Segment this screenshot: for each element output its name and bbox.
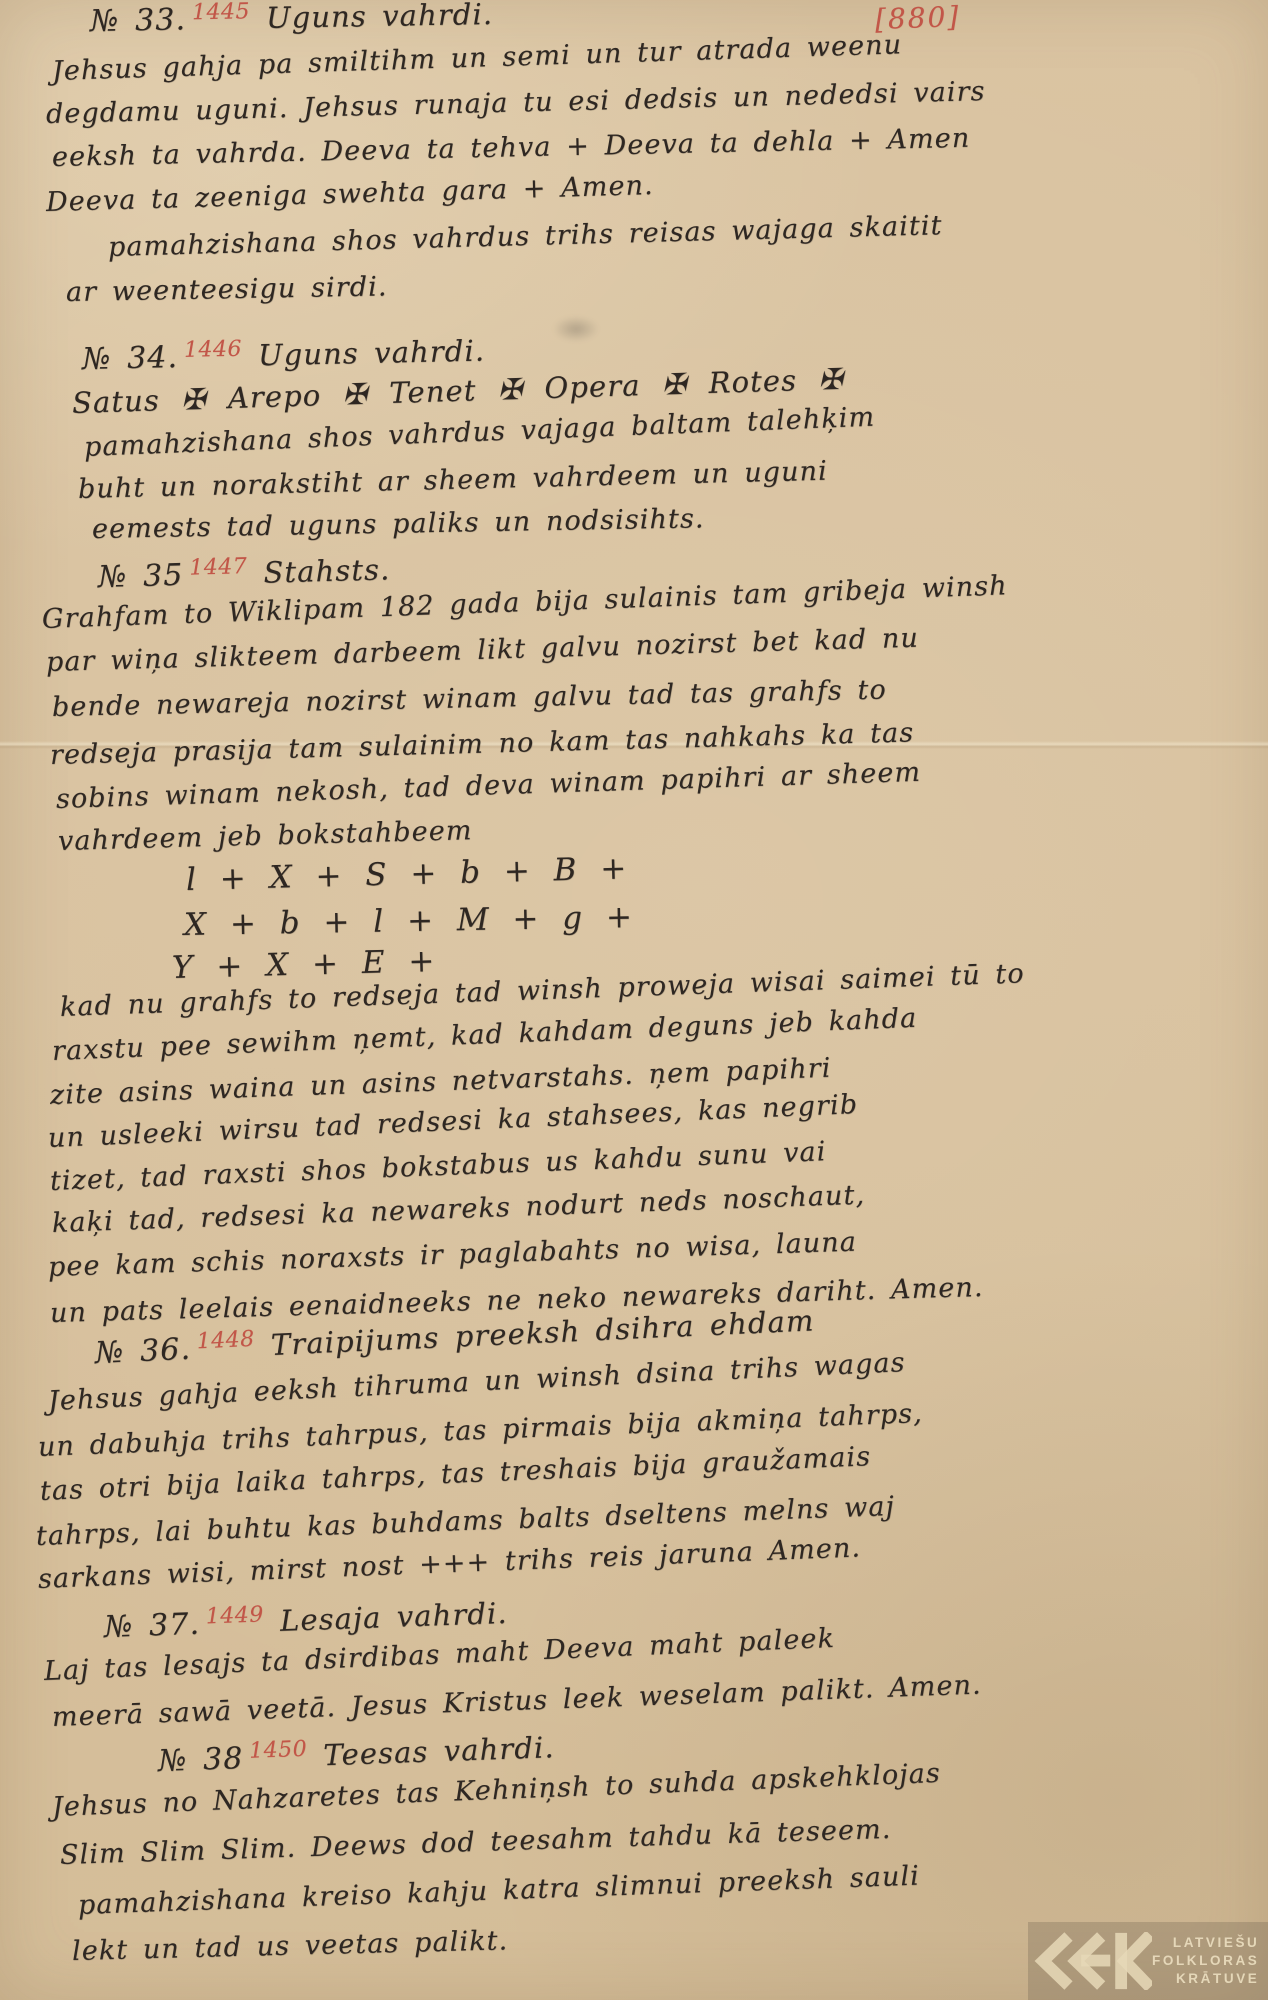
archive-number: 1447 bbox=[189, 554, 248, 581]
watermark-text-line: KRĀTUVE bbox=[1152, 1970, 1259, 1988]
section-heading: № 351447Stahsts. bbox=[98, 552, 391, 595]
manuscript-line: vahrdeem jeb bokstahbeem bbox=[58, 815, 473, 857]
archive-number: 1449 bbox=[205, 1602, 264, 1629]
section-title: Lesaja vahrdi. bbox=[279, 1596, 508, 1638]
section-number: № 37. bbox=[103, 1607, 200, 1645]
section-number: № 34. bbox=[82, 340, 179, 377]
section-number: № 35 bbox=[98, 558, 184, 595]
watermark-text-line: FOLKLORAS bbox=[1152, 1952, 1259, 1970]
manuscript-line: pee kam schis noraxsts ir paglabahts no … bbox=[48, 1227, 858, 1283]
manuscript-line: buht un norakstiht ar sheem vahrdeem un … bbox=[78, 456, 829, 505]
manuscript-line: bende newareja nozirst winam galvu tad t… bbox=[52, 675, 887, 723]
section-heading: № 34.1446Uguns vahrdi. bbox=[82, 334, 486, 377]
section-heading: № 37.1449Lesaja vahrdi. bbox=[103, 1596, 508, 1645]
manuscript-line: Slim Slim Slim. Deews dod teesahm tahdu … bbox=[60, 1814, 892, 1871]
section-title: Uguns vahrdi. bbox=[266, 0, 494, 35]
watermark-text-line: LATVIEŠU bbox=[1152, 1934, 1259, 1952]
charm-formula-line: X + b + l + M + g + bbox=[184, 899, 635, 943]
archive-number: 1445 bbox=[192, 0, 250, 25]
manuscript-line: eemests tad uguns paliks un nodsisihts. bbox=[92, 503, 705, 545]
manuscript-line: par wiņa slikteem darbeem likt galvu noz… bbox=[46, 623, 920, 678]
manuscript-line: lekt un tad us veetas palikt. bbox=[72, 1925, 509, 1967]
archive-number: 1446 bbox=[184, 337, 243, 363]
ink-smudge bbox=[553, 316, 599, 342]
section-heading: № 33.1445Uguns vahrdi. bbox=[90, 0, 494, 39]
section-title: Teesas vahrdi. bbox=[323, 1730, 555, 1772]
section-number: № 36. bbox=[94, 1332, 192, 1371]
manuscript-line: eeksh ta vahrda. Deeva ta tehva + Deeva … bbox=[52, 123, 971, 173]
section-number: № 33. bbox=[90, 2, 187, 39]
manuscript-page: [880] № 33.1445Uguns vahrdi. Jehsus gahj… bbox=[0, 0, 1268, 2000]
archive-number: 1448 bbox=[196, 1327, 255, 1355]
lfk-watermark: LATVIEŠU FOLKLORAS KRĀTUVE bbox=[1028, 1922, 1268, 2000]
charm-formula-line: l + X + S + b + B + bbox=[186, 850, 630, 898]
section-title: Stahsts. bbox=[263, 552, 391, 589]
manuscript-line: pamahzishana shos vahrdus trihs reisas w… bbox=[108, 210, 943, 263]
section-heading: № 381450Teesas vahrdi. bbox=[157, 1730, 555, 1779]
manuscript-line: pamahzishana kreiso kahju katra slimnui … bbox=[77, 1861, 920, 1921]
archive-number: 1450 bbox=[249, 1737, 308, 1764]
manuscript-line: Jehsus gahja pa smiltihm un semi un tur … bbox=[52, 29, 903, 87]
manuscript-line: Deeva ta zeeniga swehta gara + Amen. bbox=[46, 170, 655, 218]
lfk-logo-icon bbox=[1034, 1932, 1152, 1990]
section-title: Uguns vahrdi. bbox=[258, 334, 486, 373]
manuscript-line: ar weenteesigu sirdi. bbox=[66, 271, 388, 308]
section-number: № 38 bbox=[157, 1741, 244, 1779]
manuscript-line: degdamu uguni. Jehsus runaja tu esi deds… bbox=[46, 76, 986, 130]
watermark-text: LATVIEŠU FOLKLORAS KRĀTUVE bbox=[1152, 1934, 1268, 1988]
